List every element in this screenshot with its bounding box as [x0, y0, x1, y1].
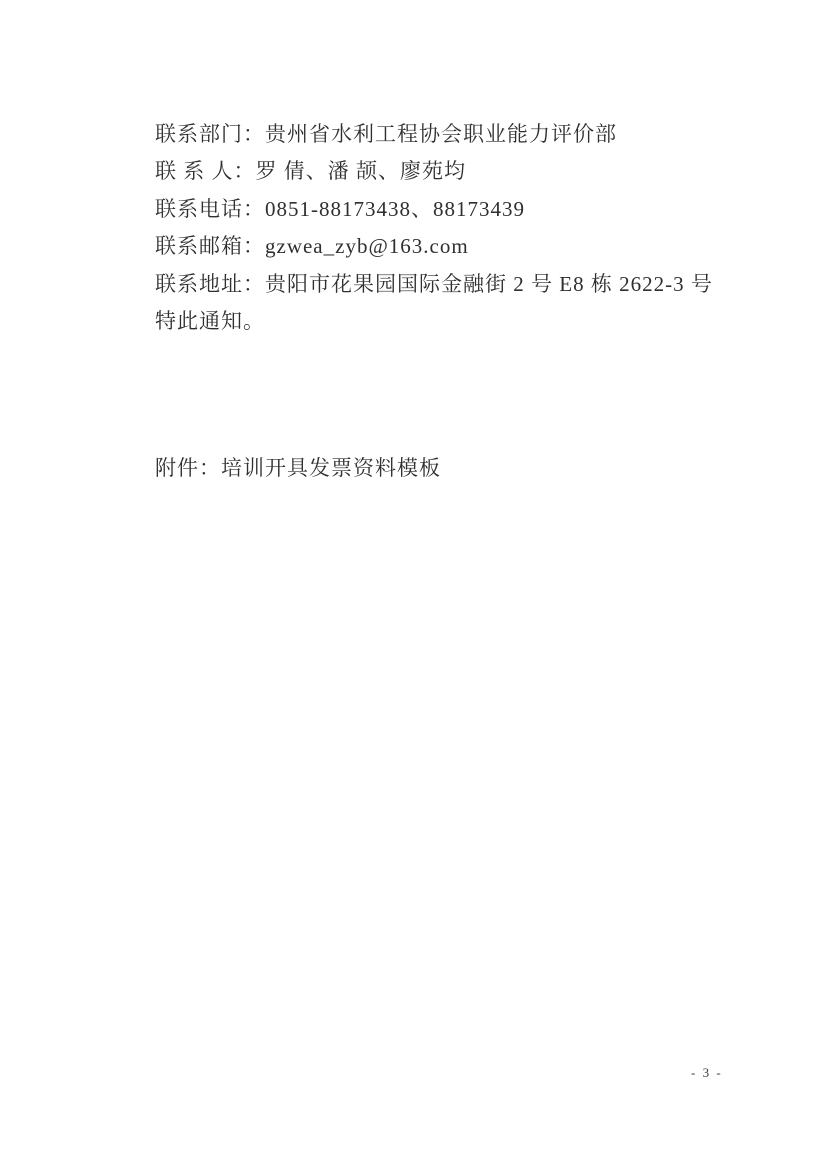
contact-email-line: 联系邮箱：gzwea_zyb@163.com	[155, 228, 735, 265]
contact-person-line: 联 系 人：罗 倩、潘 颉、廖苑均	[155, 153, 735, 190]
attachment-line: 附件：培训开具发票资料模板	[155, 450, 735, 487]
notice-body: 联系部门：贵州省水利工程协会职业能力评价部 联 系 人：罗 倩、潘 颉、廖苑均 …	[155, 116, 735, 488]
document-page: 联系部门：贵州省水利工程协会职业能力评价部 联 系 人：罗 倩、潘 颉、廖苑均 …	[0, 0, 823, 1164]
closing-line: 特此通知。	[155, 303, 735, 340]
contact-phone-line: 联系电话：0851-88173438、88173439	[155, 191, 735, 228]
contact-address-line: 联系地址：贵阳市花果园国际金融街 2 号 E8 栋 2622-3 号	[155, 266, 735, 303]
page-number: - 3 -	[691, 1065, 723, 1081]
contact-department-line: 联系部门：贵州省水利工程协会职业能力评价部	[155, 116, 735, 153]
